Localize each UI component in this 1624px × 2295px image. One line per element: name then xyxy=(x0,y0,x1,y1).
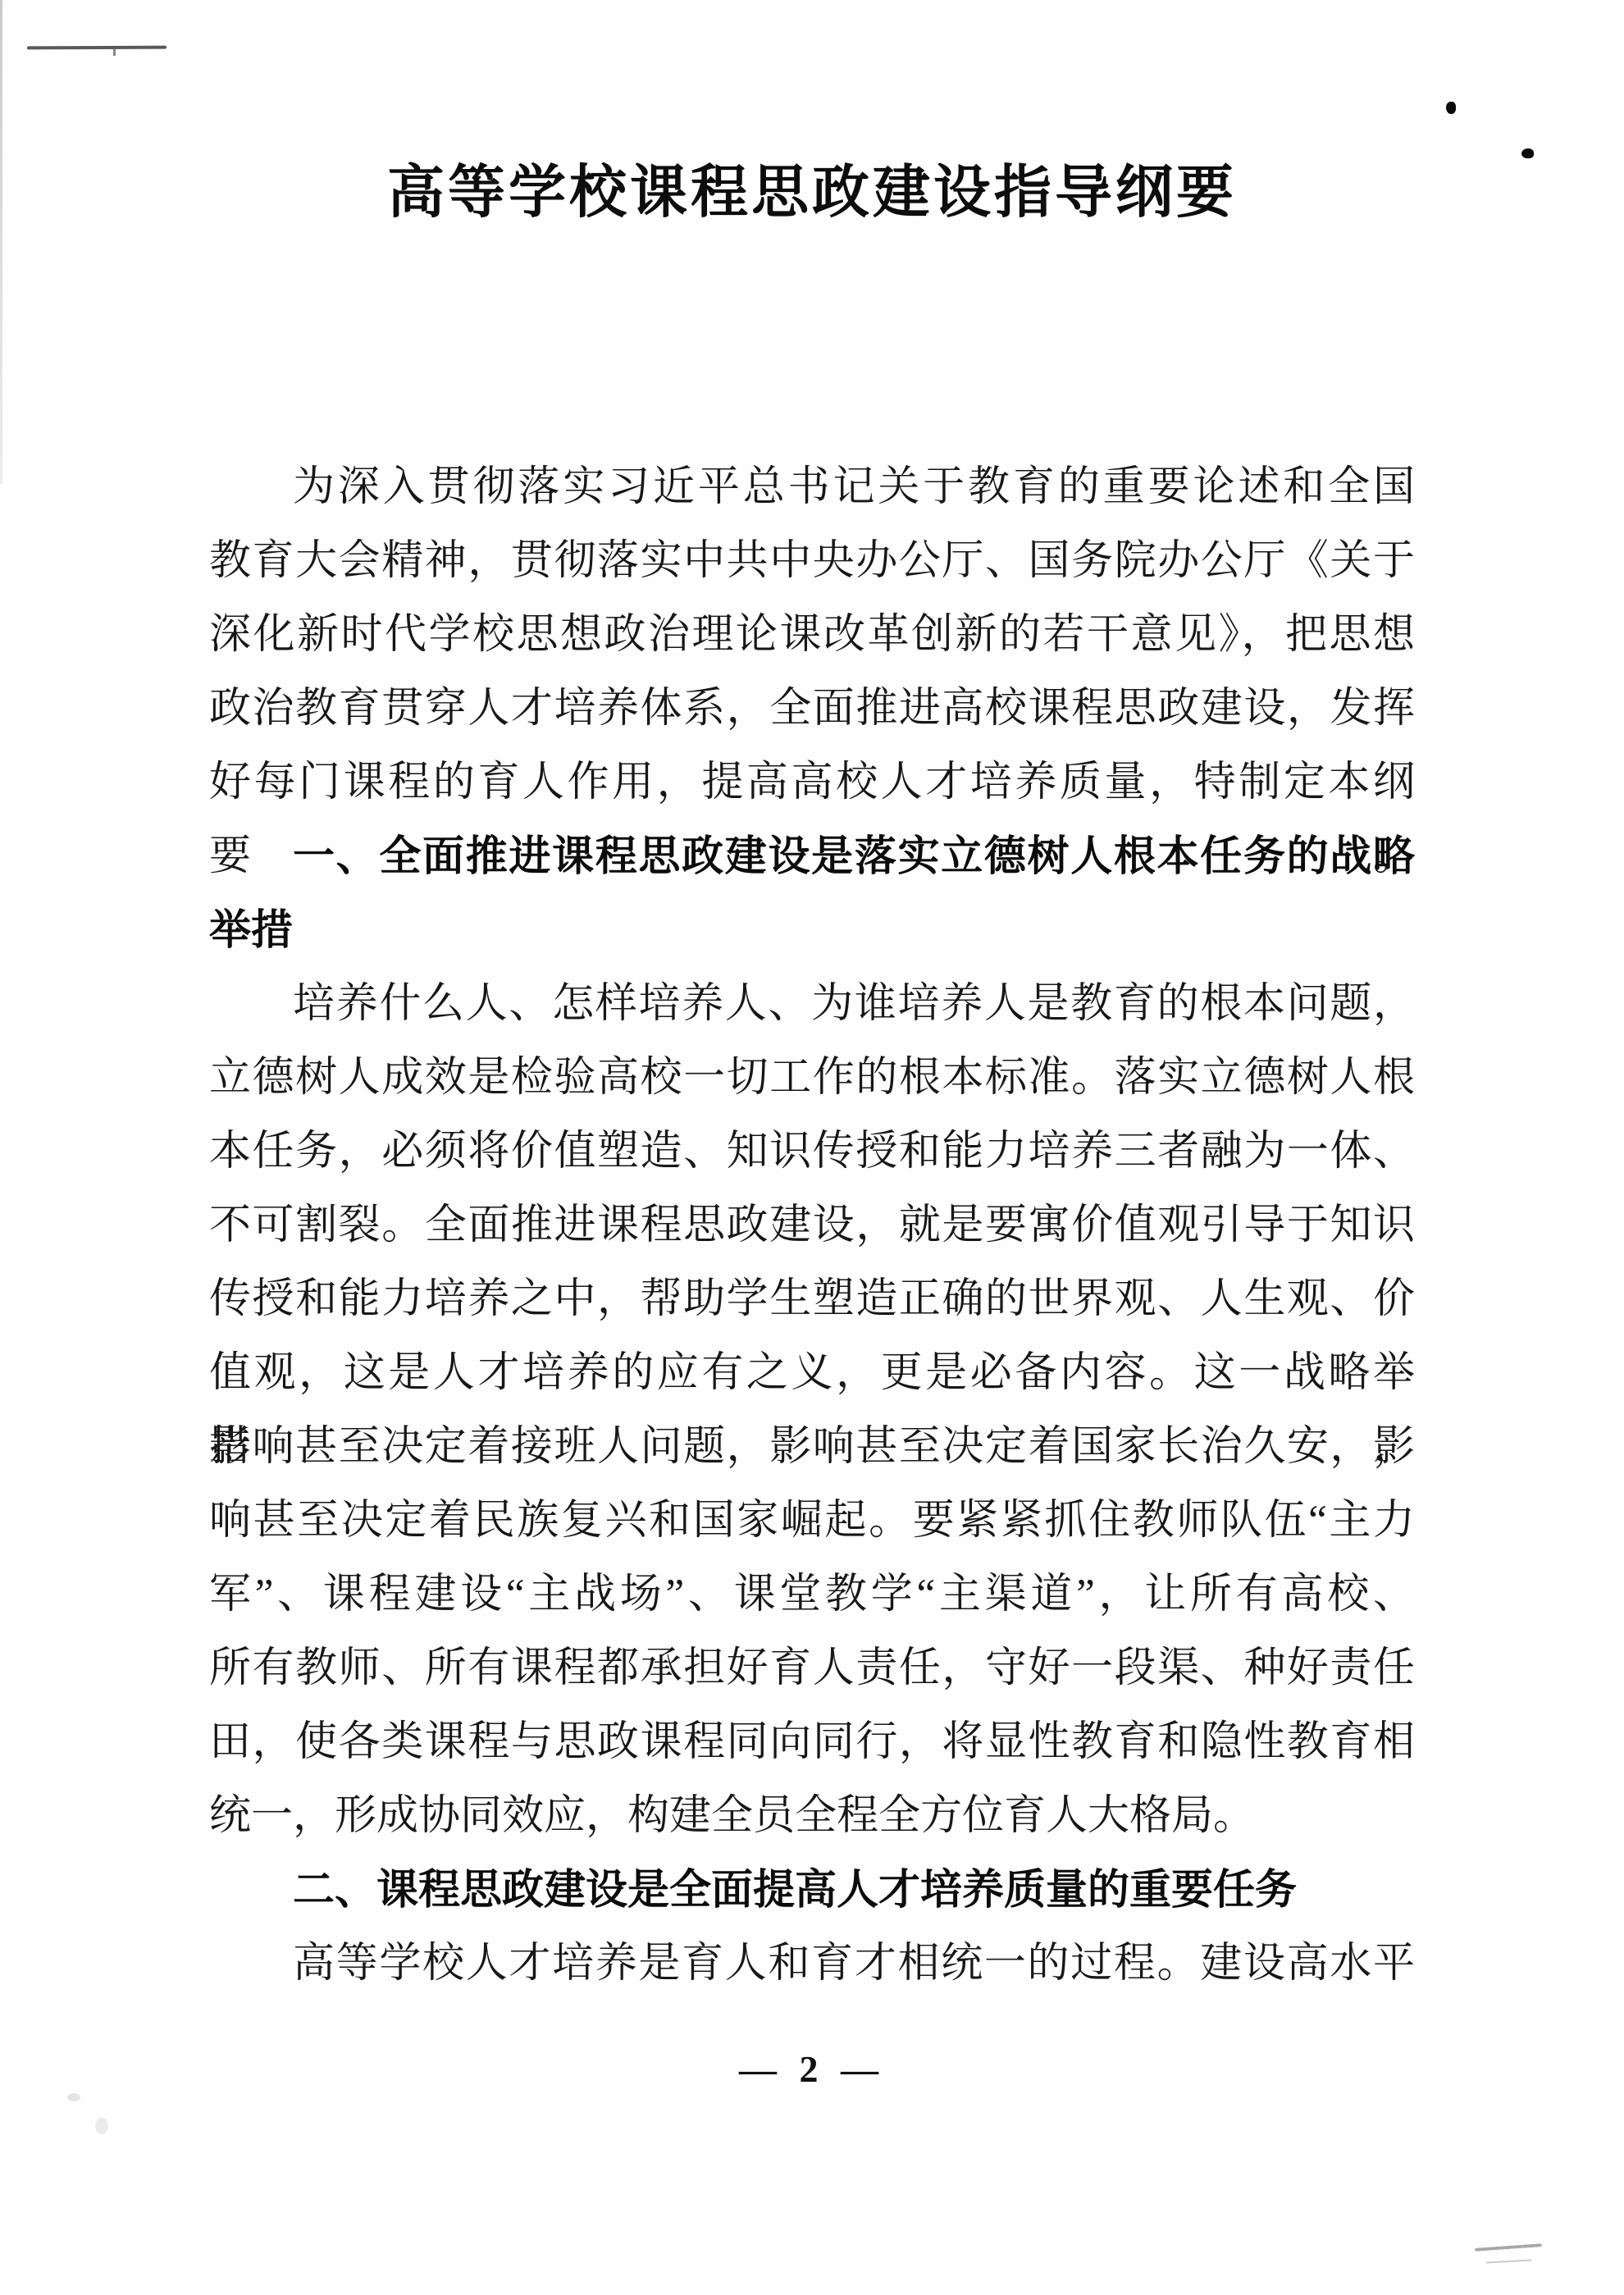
text-line: 军”、课程建设“主战场”、课堂教学“主渠道”，让所有高校、 xyxy=(209,1558,1415,1631)
section-heading: 二、课程思政建设是全面提高人才培养质量的重要任务 xyxy=(209,1853,1415,1927)
text-line: 一、全面推进课程思政建设是落实立德树人根本任务的战略 xyxy=(209,819,1415,893)
text-line: 本任务，必须将价值塑造、知识传授和能力培养三者融为一体、 xyxy=(209,1115,1415,1189)
body-paragraph: 为深入贯彻落实习近平总书记关于教育的重要论述和全国教育大会精神，贯彻落实中共中央… xyxy=(209,450,1415,819)
ink-dot-artifact xyxy=(1446,102,1456,114)
smudge-artifact xyxy=(67,2093,80,2101)
text-line: 深化新时代学校思想政治理论课改革创新的若干意见》，把思想 xyxy=(209,598,1415,672)
text-line: 值观，这是人才培养的应有之义，更是必备内容。这一战略举措， xyxy=(209,1336,1415,1410)
text-line: 传授和能力培养之中，帮助学生塑造正确的世界观、人生观、价 xyxy=(209,1262,1415,1336)
text-line: 好每门课程的育人作用，提高高校人才培养质量，特制定本纲要。 xyxy=(209,746,1415,819)
text-line: 立德树人成效是检验高校一切工作的根本标准。落实立德树人根 xyxy=(209,1041,1415,1115)
smudge-artifact xyxy=(95,2118,108,2134)
scan-line-artifact xyxy=(27,46,167,50)
scan-edge-artifact xyxy=(0,0,2,484)
scanned-page: 高等学校课程思政建设指导纲要 为深入贯彻落实习近平总书记关于教育的重要论述和全国… xyxy=(0,0,1624,2295)
text-line: 响甚至决定着民族复兴和国家崛起。要紧紧抓住教师队伍“主力 xyxy=(209,1484,1415,1558)
text-line: 教育大会精神，贯彻落实中共中央办公厅、国务院办公厅《关于 xyxy=(209,524,1415,598)
section-heading: 一、全面推进课程思政建设是落实立德树人根本任务的战略举措 xyxy=(209,819,1415,967)
text-line: 影响甚至决定着接班人问题，影响甚至决定着国家长治久安，影 xyxy=(209,1410,1415,1484)
page-number: — 2 — xyxy=(0,2047,1624,2091)
document-body: 为深入贯彻落实习近平总书记关于教育的重要论述和全国教育大会精神，贯彻落实中共中央… xyxy=(209,450,1415,2001)
text-line: 田，使各类课程与思政课程同向同行，将显性教育和隐性教育相 xyxy=(209,1705,1415,1779)
text-line: 举措 xyxy=(209,893,1415,967)
smudge-artifact xyxy=(1475,2243,1542,2252)
text-line: 培养什么人、怎样培养人、为谁培养人是教育的根本问题， xyxy=(209,967,1415,1041)
smudge-artifact xyxy=(1486,2260,1531,2264)
body-paragraph: 培养什么人、怎样培养人、为谁培养人是教育的根本问题，立德树人成效是检验高校一切工… xyxy=(209,967,1415,1853)
text-line: 政治教育贯穿人才培养体系，全面推进高校课程思政建设，发挥 xyxy=(209,672,1415,746)
text-line: 二、课程思政建设是全面提高人才培养质量的重要任务 xyxy=(209,1853,1415,1927)
text-line: 所有教师、所有课程都承担好育人责任，守好一段渠、种好责任 xyxy=(209,1631,1415,1705)
text-line: 为深入贯彻落实习近平总书记关于教育的重要论述和全国 xyxy=(209,450,1415,524)
text-line: 高等学校人才培养是育人和育才相统一的过程。建设高水平 xyxy=(209,1927,1415,2001)
scan-tick-artifact xyxy=(113,49,116,56)
text-line: 不可割裂。全面推进课程思政建设，就是要寓价值观引导于知识 xyxy=(209,1189,1415,1262)
text-line: 统一，形成协同效应，构建全员全程全方位育人大格局。 xyxy=(209,1779,1415,1853)
document-title: 高等学校课程思政建设指导纲要 xyxy=(0,146,1624,229)
body-paragraph: 高等学校人才培养是育人和育才相统一的过程。建设高水平 xyxy=(209,1927,1415,2001)
